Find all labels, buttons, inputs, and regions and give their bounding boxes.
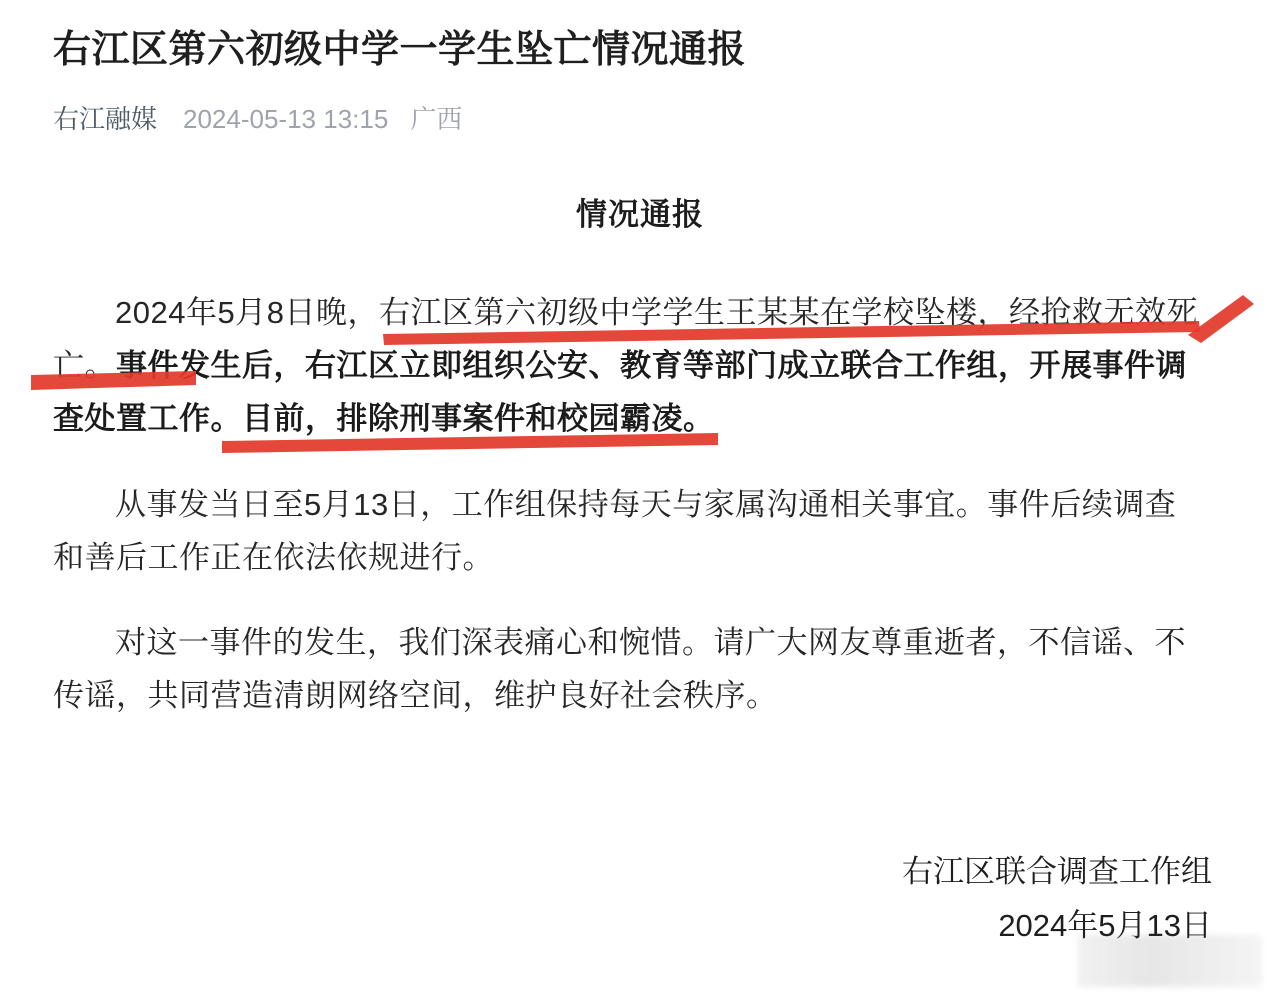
paragraph-followup: 从事发当日至5月13日，工作组保持每天与家属沟通相关事宜。事件后续调查 和善后工… — [53, 478, 1227, 584]
article: 右江区第六初级中学一学生坠亡情况通报 右江融媒 2024-05-13 13:15… — [0, 0, 1280, 953]
byline-datetime: 2024-05-13 13:15 — [183, 104, 388, 134]
signature-org: 右江区联合调查工作组 — [53, 845, 1212, 899]
page-title: 右江区第六初级中学一学生坠亡情况通报 — [53, 26, 1227, 74]
signature-block: 右江区联合调查工作组 2024年5月13日 — [53, 845, 1227, 953]
signature-date: 2024年5月13日 — [53, 899, 1212, 953]
paragraph-line: 2024年5月8日晚，右江区第六初级中学学生王某某在学校坠楼，经抢救无效死 — [53, 286, 1227, 339]
paragraph-line: 对这一事件的发生，我们深表痛心和惋惜。请广大网友尊重逝者，不信谣、不 — [53, 616, 1227, 669]
byline-source: 右江融媒 — [53, 104, 157, 134]
byline-location: 广西 — [410, 104, 462, 134]
paragraph-incident: 2024年5月8日晚，右江区第六初级中学学生王某某在学校坠楼，经抢救无效死 亡。… — [53, 286, 1227, 445]
watermark-smudge — [1077, 935, 1262, 987]
notice-heading: 情况通报 — [53, 198, 1227, 232]
paragraph-line: 从事发当日至5月13日，工作组保持每天与家属沟通相关事宜。事件后续调查 — [53, 478, 1227, 531]
paragraph-line: 亡。事件发生后，右江区立即组织公安、教育等部门成立联合工作组，开展事件调 — [53, 339, 1227, 392]
paragraph-line: 传谣，共同营造清朗网络空间，维护良好社会秩序。 — [53, 669, 1227, 722]
paragraph-text: 亡。 — [53, 348, 116, 383]
byline: 右江融媒 2024-05-13 13:15 广西 — [53, 104, 1227, 134]
paragraph-line: 和善后工作正在依法依规进行。 — [53, 531, 1227, 584]
notice-page: 右江区第六初级中学一学生坠亡情况通报 右江融媒 2024-05-13 13:15… — [0, 0, 1280, 997]
paragraph-text-bold: 事件发生后，右江区立即组织公安、教育等部门成立联合工作组，开展事件调 — [116, 348, 1187, 383]
paragraph-appeal: 对这一事件的发生，我们深表痛心和惋惜。请广大网友尊重逝者，不信谣、不 传谣，共同… — [53, 616, 1227, 722]
paragraph-line: 查处置工作。目前，排除刑事案件和校园霸凌。 — [53, 392, 1227, 445]
